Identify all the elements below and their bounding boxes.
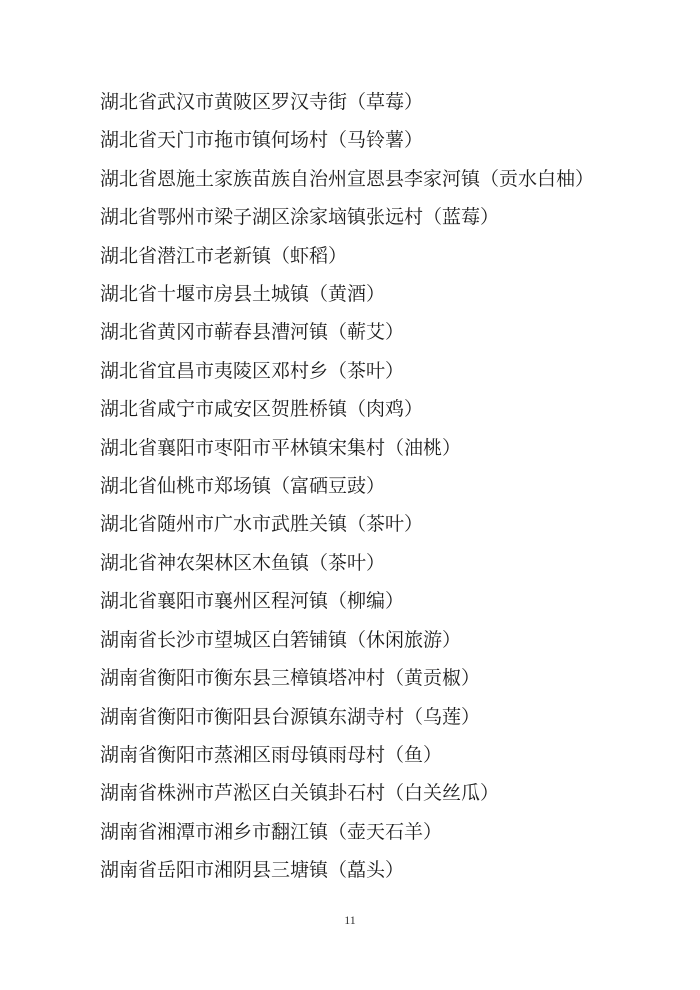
page-number: 11 — [344, 913, 356, 927]
list-item: 湖南省衡阳市蒸湘区雨母镇雨母村（鱼） — [100, 737, 660, 775]
list-item: 湖北省咸宁市咸安区贺胜桥镇（肉鸡） — [100, 391, 660, 429]
list-item: 湖北省天门市拖市镇何场村（马铃薯） — [100, 122, 660, 160]
list-item: 湖北省黄冈市蕲春县漕河镇（蕲艾） — [100, 314, 660, 352]
list-item: 湖南省衡阳市衡阳县台源镇东湖寺村（乌莲） — [100, 699, 660, 737]
document-page: 湖北省武汉市黄陂区罗汉寺街（草莓） 湖北省天门市拖市镇何场村（马铃薯） 湖北省恩… — [0, 0, 700, 990]
list-item: 湖北省宜昌市夷陵区邓村乡（茶叶） — [100, 353, 660, 391]
list-item: 湖北省襄阳市枣阳市平林镇宋集村（油桃） — [100, 430, 660, 468]
list-item: 湖北省仙桃市郑场镇（富硒豆豉） — [100, 468, 660, 506]
list-item: 湖北省武汉市黄陂区罗汉寺街（草莓） — [100, 84, 660, 122]
list-item: 湖南省岳阳市湘阴县三塘镇（藠头） — [100, 852, 660, 890]
list-item: 湖北省恩施土家族苗族自治州宣恩县李家河镇（贡水白柚） — [100, 161, 660, 199]
list-item: 湖北省潜江市老新镇（虾稻） — [100, 238, 660, 276]
list-item: 湖南省湘潭市湘乡市翻江镇（壶天石羊） — [100, 814, 660, 852]
list-item: 湖北省神农架林区木鱼镇（茶叶） — [100, 545, 660, 583]
list-item: 湖北省十堰市房县土城镇（黄酒） — [100, 276, 660, 314]
list-item: 湖北省襄阳市襄州区程河镇（柳编） — [100, 583, 660, 621]
list-item: 湖南省株洲市芦淞区白关镇卦石村（白关丝瓜） — [100, 775, 660, 813]
page-footer: 11 — [0, 911, 700, 929]
list-item: 湖南省长沙市望城区白箬铺镇（休闲旅游） — [100, 622, 660, 660]
list-item: 湖南省衡阳市衡东县三樟镇塔冲村（黄贡椒） — [100, 660, 660, 698]
entry-list: 湖北省武汉市黄陂区罗汉寺街（草莓） 湖北省天门市拖市镇何场村（马铃薯） 湖北省恩… — [100, 84, 660, 891]
list-item: 湖北省随州市广水市武胜关镇（茶叶） — [100, 506, 660, 544]
list-item: 湖北省鄂州市梁子湖区涂家垴镇张远村（蓝莓） — [100, 199, 660, 237]
